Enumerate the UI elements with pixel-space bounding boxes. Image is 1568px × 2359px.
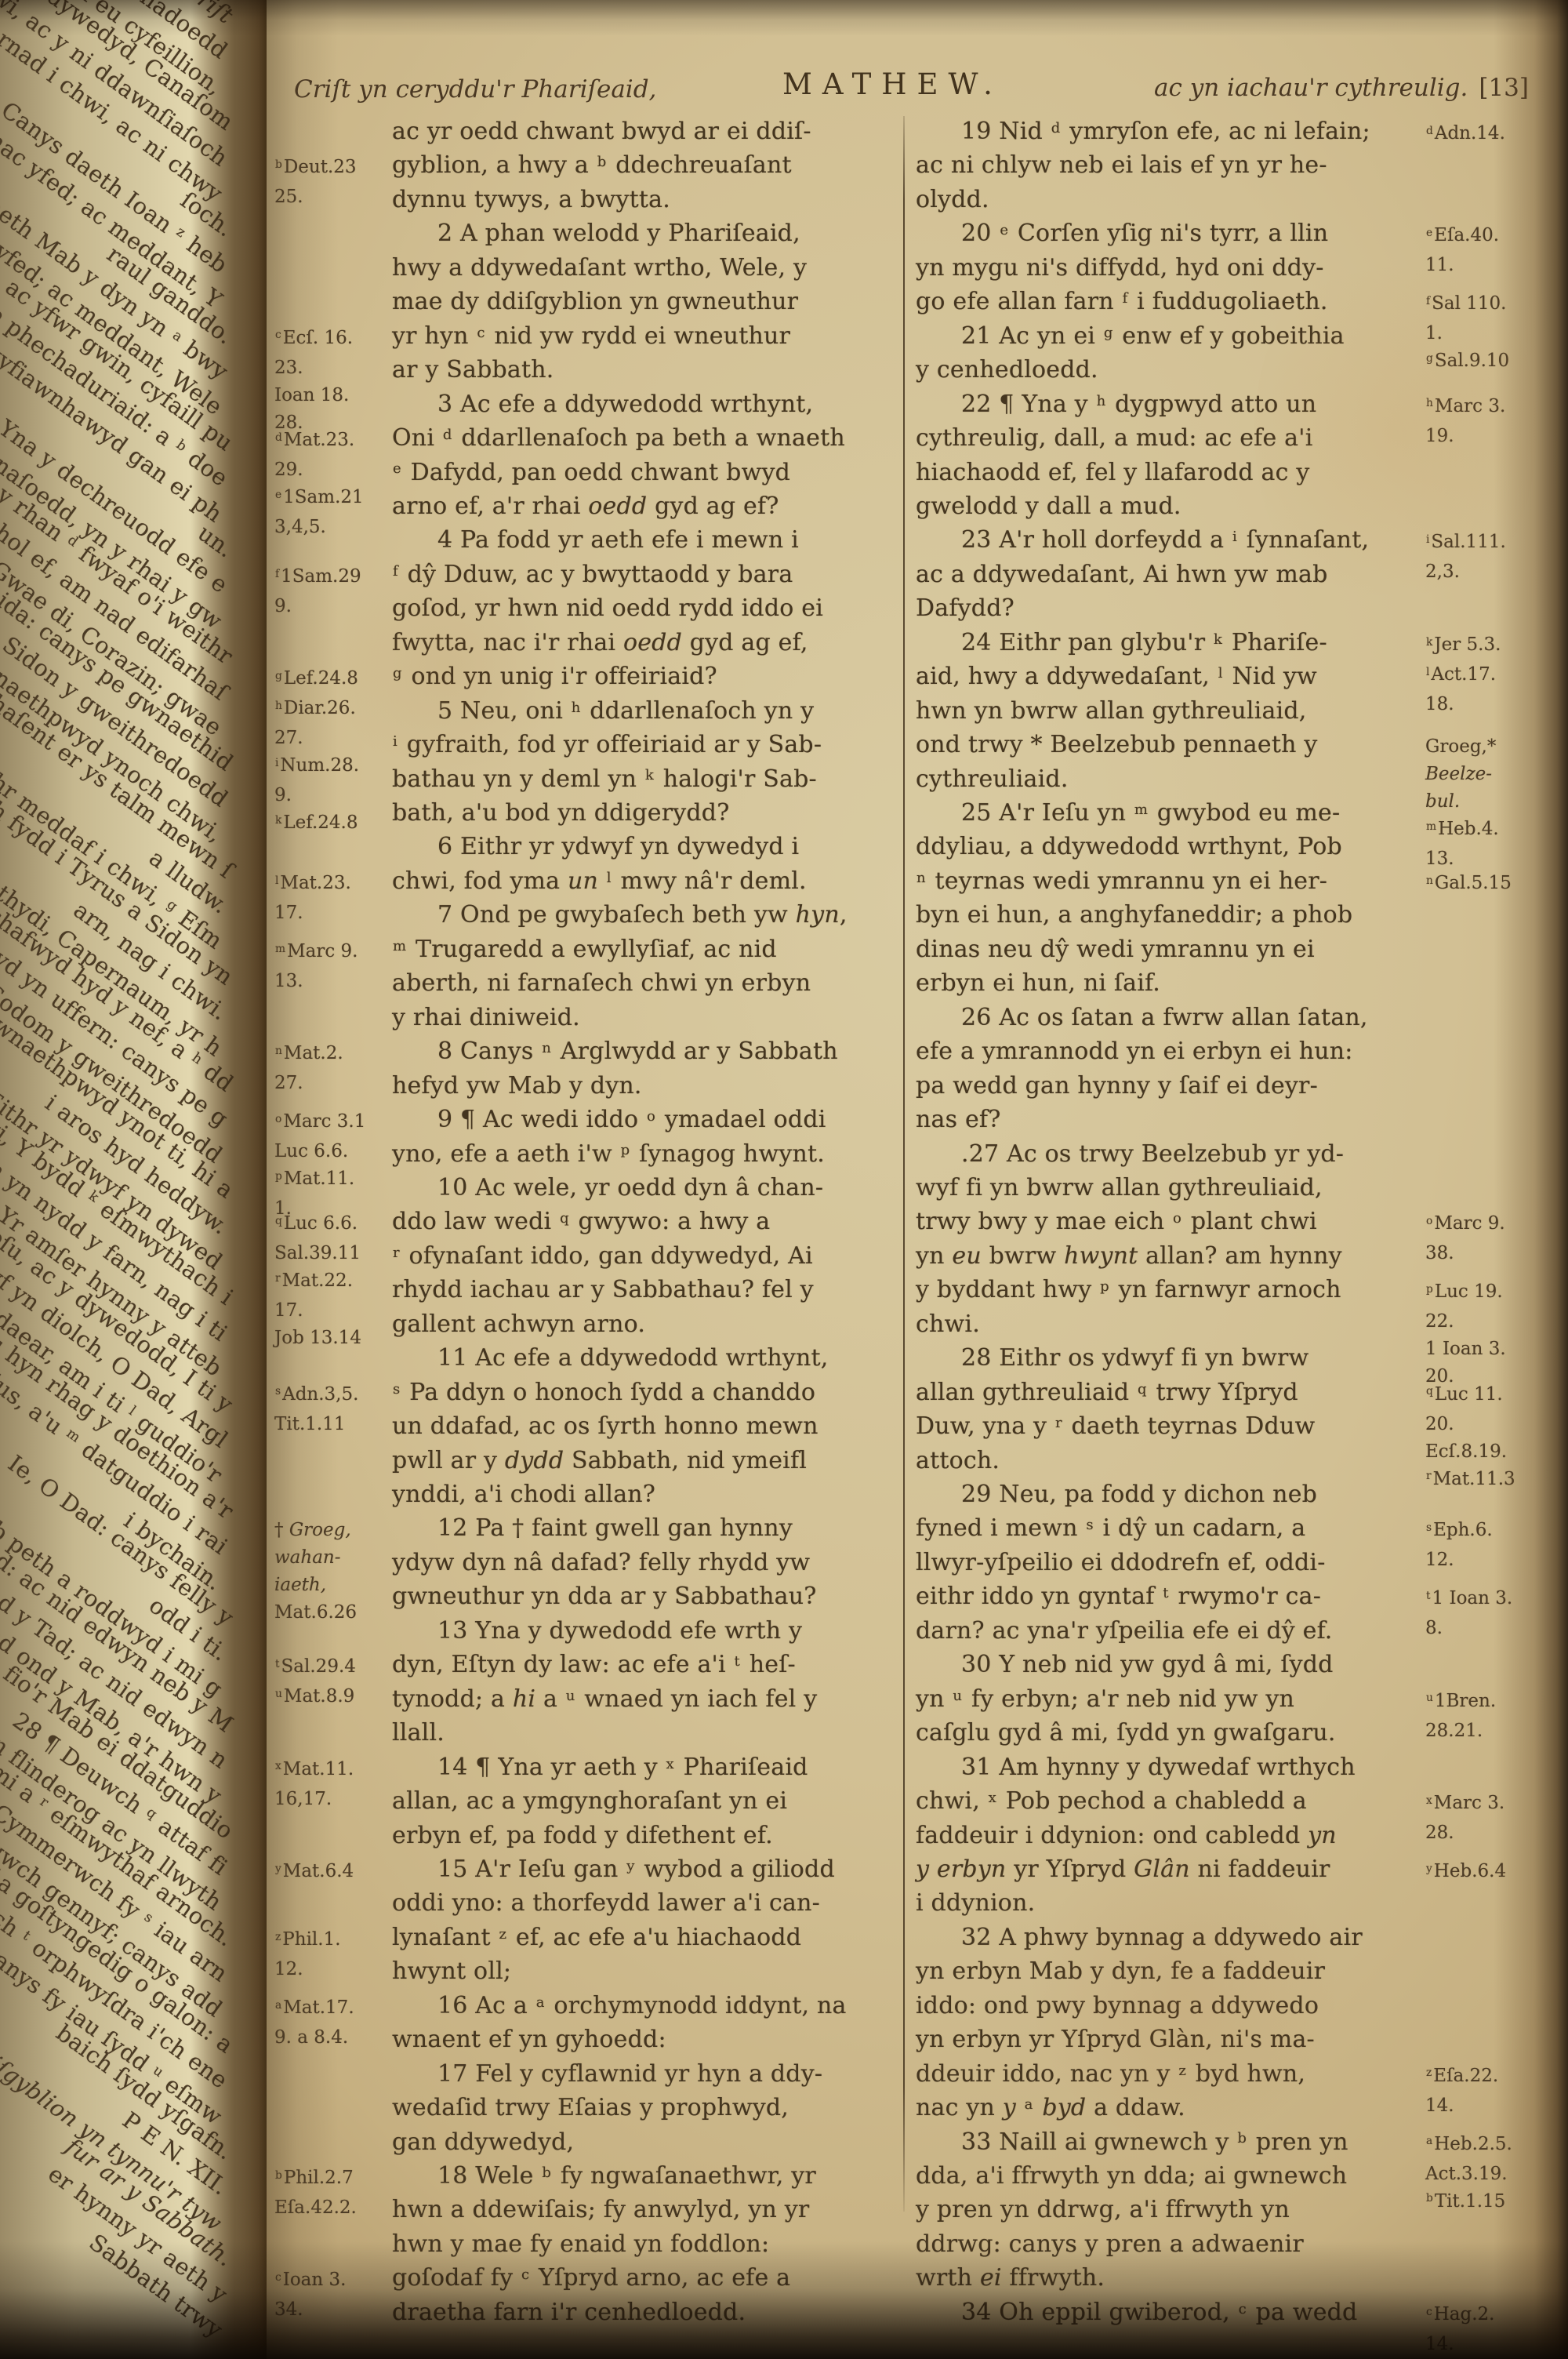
verse-text: goſod, yr hwn nid oedd rydd iddo ei: [392, 594, 823, 622]
text-line: ynddi, a'i chodi allan?: [274, 1481, 902, 1515]
text-line: 21 Ac yn ei g enw ef y gobeithia: [916, 322, 1563, 357]
text-line: 32 A phwy bynnag a ddywedo air: [916, 1924, 1563, 1958]
text-line: chwi.: [916, 1310, 1563, 1345]
text-line: g ond yn unig i'r offeiriaid?gLef.24.8hD…: [274, 663, 902, 697]
text-line: lynaſant z ef, ac efe a'u hiachaoddzPhil…: [274, 1924, 902, 1958]
text-line: 5 Neu, oni h ddarllenaſoch yn y: [274, 697, 902, 732]
verse-text: wyf fi yn bwrw allan gythreuliaid,: [916, 1174, 1323, 1201]
page-right-edge-shadow: [1494, 0, 1568, 2359]
text-line: dynnu tywys, a bwytta.: [274, 186, 902, 220]
text-line: 7 Ond pe gwybaſech beth yw hyn,: [274, 901, 902, 936]
text-line: 19 Nid d ymryſon efe, ac ni lefain;dAdn.…: [916, 118, 1563, 152]
text-line: i gyfraith, fod yr offeiriaid ar y Sab-: [274, 731, 902, 765]
text-line: wedaſid trwy Eſaias y prophwyd,: [274, 2094, 902, 2128]
verse-text: ynddi, a'i chodi allan?: [392, 1481, 655, 1508]
text-line: yn erbyn yr Yſpryd Glàn, ni's ma-: [916, 2026, 1563, 2060]
verse-text: y erbyn yr Yſpryd Glân ni faddeuir: [916, 1856, 1330, 1883]
verse-text: i ddynion.: [916, 1889, 1035, 1917]
text-line: ddyliau, a ddywedodd wrthynt, Pob: [916, 833, 1563, 867]
text-line: 2 A phan welodd y Phariſeaid,: [274, 220, 902, 254]
verse-text: gallent achwyn arno.: [392, 1310, 645, 1338]
text-line: 26 Ac os ſatan a fwrw allan ſatan,: [916, 1004, 1563, 1038]
text-line: yn eu bwrw hwynt allan? am hynny: [916, 1242, 1563, 1277]
verse-text: y byddant hwy p yn farnwyr arnoch: [916, 1276, 1341, 1303]
text-line: y pren yn ddrwg, a'i ffrwyth yn: [916, 2196, 1563, 2230]
text-line: Oni d ddarllenaſoch pa beth a wnaethdMat…: [274, 424, 902, 459]
verse-text: cythreuliaid.: [916, 765, 1069, 793]
text-line: yn u fy erbyn; a'r neb nid yw ynu1Bren.2…: [916, 1685, 1563, 1720]
book-page-photo: Tyſtiolaeth Criſtyn eiſtedd yn y marchna…: [0, 0, 1568, 2359]
text-line: wyf fi yn bwrw allan gythreuliaid,: [916, 1174, 1563, 1209]
verse-text: wnaent ef yn gyhoedd:: [392, 2026, 666, 2053]
verse-text: dinas neu dŷ wedi ymrannu yn ei: [916, 936, 1315, 963]
verse-text: y rhai diniweid.: [392, 1004, 580, 1031]
text-line: iddo: ond pwy bynnag a ddywedo: [916, 1992, 1563, 2026]
text-line: Duw, yna y r daeth teyrnas Dduw: [916, 1412, 1563, 1447]
verse-text: 15 A'r Ieſu gan y wybod a giliodd: [437, 1856, 835, 1883]
text-line: 6 Eithr yr ydwyf yn dywedyd i: [274, 833, 902, 867]
verse-text: oddi yno: a thorfeydd lawer a'i can-: [392, 1889, 820, 1917]
verse-text: hwn a ddewiſais; fy anwylyd, yn yr: [392, 2196, 809, 2223]
text-line: ac a ddywedaſant, Ai hwn yw mab: [916, 561, 1563, 595]
verse-text: llall.: [392, 1719, 445, 1747]
margin-note: yMat.6.4: [274, 1858, 389, 1888]
verse-text: .27 Ac os trwy Beelzebub yr yd-: [961, 1140, 1344, 1168]
text-line: bath, a'u bod yn ddigerydd?: [274, 799, 902, 834]
verse-text: efe a ymrannodd yn ei erbyn ei hun:: [916, 1038, 1353, 1065]
verse-text: 30 Y neb nid yw gyd â mi, ſydd: [961, 1651, 1334, 1678]
verse-text: attoch.: [916, 1447, 1000, 1474]
text-line: s Pa ddyn o honoch ſydd a chanddosAdn.3,…: [274, 1379, 902, 1413]
running-header-right-text: ac yn iachau'r cythreulig.: [1154, 74, 1468, 102]
text-line: yr hyn c nid yw rydd ei wneuthurcEcſ. 16…: [274, 322, 902, 357]
verse-text: 9 ¶ Ac wedi iddo o ymadael oddi: [437, 1106, 826, 1133]
verse-text: ac ni chlyw neb ei lais ef yn yr he-: [916, 151, 1327, 179]
verse-text: dyn, Eſtyn dy law: ac efe a'i t heſ-: [392, 1651, 796, 1678]
verse-text: yn u fy erbyn; a'r neb nid yw yn: [916, 1685, 1294, 1713]
text-line: .27 Ac os trwy Beelzebub yr yd-: [916, 1140, 1563, 1175]
verse-text: 22 ¶ Yna y h dygpwyd atto un: [961, 391, 1316, 418]
verse-text: fyned i mewn s i dŷ un cadarn, a: [916, 1514, 1305, 1542]
text-line: aberth, ni farnaſech chwi yn erbyn: [274, 969, 902, 1004]
text-line: y rhai diniweid.: [274, 1004, 902, 1038]
verse-text: allan, ac a ymgynghoraſant yn ei: [392, 1787, 787, 1815]
verse-text: bathau yn y deml yn k halogi'r Sab-: [392, 765, 817, 793]
text-line: 10 Ac wele, yr oedd dyn â chan-: [274, 1174, 902, 1209]
text-line: y erbyn yr Yſpryd Glân ni faddeuiryHeb.6…: [916, 1856, 1563, 1890]
text-line: un ddafad, ac os ſyrth honno mewn: [274, 1412, 902, 1447]
verse-text: allan gythreuliaid q trwy Yſpryd: [916, 1379, 1298, 1406]
verse-text: yno, efe a aeth i'w p ſynagog hwynt.: [392, 1140, 825, 1168]
verse-text: i gyfraith, fod yr offeiriaid ar y Sab-: [392, 731, 822, 758]
text-line: ac ni chlyw neb ei lais ef yn yr he-: [916, 151, 1563, 186]
text-line: hwn a ddewiſais; fy anwylyd, yn yr: [274, 2196, 902, 2230]
verse-text: pwll ar y dydd Sabbath, nid ymeifl: [392, 1447, 807, 1474]
text-line: gyblion, a hwy a b ddechreuaſantbDeut.23…: [274, 151, 902, 186]
verse-text: 23 A'r holl dorfeydd a i ſynnaſant,: [961, 526, 1369, 554]
verse-text: fwytta, nac i'r rhai oedd gyd ag ef,: [392, 629, 808, 656]
text-line: trwy bwy y mae eich o plant chwioMarc 9.…: [916, 1208, 1563, 1242]
verse-text: trwy bwy y mae eich o plant chwi: [916, 1208, 1317, 1235]
verse-text: y cenhedloedd.: [916, 356, 1098, 383]
text-line: f dŷ Dduw, ac y bwyttaodd y baraf1Sam.29…: [274, 561, 902, 595]
verse-text: 28 Eithr os ydwyf fi yn bwrw: [961, 1344, 1308, 1372]
text-line: ond trwy * Beelzebub pennaeth y Groeg,*B…: [916, 731, 1563, 765]
verse-text: ddyliau, a ddywedodd wrthynt, Pob: [916, 833, 1342, 860]
verse-text: 2 A phan welodd y Phariſeaid,: [437, 220, 800, 247]
running-header-left: Criſt yn ceryddu'r Phariſeaid,: [294, 75, 656, 104]
text-line: nas ef?: [916, 1106, 1563, 1140]
text-line: 30 Y neb nid yw gyd â mi, ſydd: [916, 1651, 1563, 1685]
verse-text: un ddafad, ac os ſyrth honno mewn: [392, 1412, 818, 1440]
verse-text: r ofynaſant iddo, gan ddywedyd, Ai: [392, 1242, 813, 1270]
text-line: pa wedd gan hynny y ſaif ei deyr-: [916, 1072, 1563, 1107]
verse-text: ydyw dyn nâ dafad? felly rhydd yw: [392, 1549, 810, 1576]
text-line: gwneuthur yn dda ar y Sabbathau?: [274, 1583, 902, 1617]
verse-text: gwelodd y dall a mud.: [916, 493, 1181, 520]
verse-text: hiachaodd ef, fel y llafarodd ac y: [916, 459, 1310, 486]
left-text-column: ac yr oedd chwant bwyd ar ei ddiſ-gyblio…: [274, 118, 902, 2342]
text-line: n teyrnas wedi ymrannu yn ei her-nGal.5.…: [916, 867, 1563, 902]
text-line: 15 A'r Ieſu gan y wybod a gilioddyMat.6.…: [274, 1856, 902, 1890]
text-line: 8 Canys n Arglwydd ar y SabbathnMat.2.27…: [274, 1038, 902, 1072]
verse-text: cythreulig, dall, a mud: ac efe a'i: [916, 424, 1313, 452]
verse-text: nac yn y a byd a ddaw.: [916, 2094, 1185, 2121]
text-line: dyn, Eſtyn dy law: ac efe a'i t heſ-tSal…: [274, 1651, 902, 1685]
verse-text: 8 Canys n Arglwydd ar y Sabbath: [437, 1038, 838, 1065]
verse-text: ac a ddywedaſant, Ai hwn yw mab: [916, 561, 1328, 588]
text-line: 17 Fel y cyflawnid yr hyn a ddy-: [274, 2060, 902, 2095]
verse-text: 10 Ac wele, yr oedd dyn â chan-: [437, 1174, 823, 1201]
top-edge-shadow: [0, 0, 1568, 36]
verse-text: yn erbyn Mab y dyn, fe a faddeuir: [916, 1957, 1325, 1985]
text-line: 4 Pa fodd yr aeth efe i mewn i: [274, 526, 902, 561]
text-line: 14 ¶ Yna yr aeth y x PhariſeaidxMat.11.1…: [274, 1754, 902, 1788]
verse-text: wedaſid trwy Eſaias y prophwyd,: [392, 2094, 789, 2121]
text-line: fwytta, nac i'r rhai oedd gyd ag ef,: [274, 629, 902, 663]
text-line: 11 Ac efe a ddywedodd wrthynt,: [274, 1344, 902, 1379]
verse-text: 32 A phwy bynnag a ddywedo air: [961, 1924, 1363, 1951]
verse-text: n teyrnas wedi ymrannu yn ei her-: [916, 867, 1327, 895]
text-line: 31 Am hynny y dywedaf wrthych: [916, 1754, 1563, 1788]
verse-text: 20 e Corſen yſig ni's tyrr, a llin: [961, 220, 1328, 247]
text-line: hwn yn bwrw allan gythreuliaid,: [916, 697, 1563, 732]
verse-text: 33 Naill ai gwnewch y b pren yn: [961, 2128, 1348, 2156]
verse-text: hwynt oll;: [392, 1957, 511, 1985]
verse-text: 21 Ac yn ei g enw ef y gobeithia: [961, 322, 1345, 350]
text-line: ddeuir iddo, nac yn y z byd hwn,zEſa.22.…: [916, 2060, 1563, 2095]
text-line: e Dafydd, pan oedd chwant bwyd: [274, 459, 902, 493]
text-line: tynodd; a hi a u wnaed yn iach fel y: [274, 1685, 902, 1720]
verse-text: yn mygu ni's diffydd, hyd oni ddy-: [916, 254, 1324, 282]
text-line: 12 Pa † faint gwell gan hynny† Groeg,wah…: [274, 1514, 902, 1549]
verse-text: s Pa ddyn o honoch ſydd a chanddo: [392, 1379, 815, 1406]
verse-text: yn eu bwrw hwynt allan? am hynny: [916, 1242, 1342, 1270]
verse-text: tynodd; a hi a u wnaed yn iach fel y: [392, 1685, 817, 1713]
verse-text: 4 Pa fodd yr aeth efe i mewn i: [437, 526, 799, 554]
verse-text: 18 Wele b fy ngwaſanaethwr, yr: [437, 2162, 816, 2190]
verse-text: 25 A'r Ieſu yn m gwybod eu me-: [961, 799, 1340, 827]
verse-text: erbyn ei hun, ni ſaif.: [916, 969, 1160, 997]
text-line: 3 Ac efe a ddywedodd wrthynt,: [274, 391, 902, 425]
verse-text: 26 Ac os ſatan a fwrw allan ſatan,: [961, 1004, 1368, 1031]
text-line: wnaent ef yn gyhoedd:: [274, 2026, 902, 2060]
text-line: aid, hwy a ddywedaſant, l Nid yw: [916, 663, 1563, 697]
verse-text: faddeuir i ddynion: ond cabledd yn: [916, 1822, 1337, 1849]
text-line: fyned i mewn s i dŷ un cadarn, asEph.6.1…: [916, 1514, 1563, 1549]
verse-text: Dafydd?: [916, 594, 1014, 622]
verse-text: ac yr oedd chwant bwyd ar ei ddiſ-: [392, 118, 811, 145]
verse-text: y pren yn ddrwg, a'i ffrwyth yn: [916, 2196, 1290, 2223]
verse-text: dynnu tywys, a bwytta.: [392, 186, 670, 213]
text-line: yno, efe a aeth i'w p ſynagog hwynt.: [274, 1140, 902, 1175]
verse-text: aid, hwy a ddywedaſant, l Nid yw: [916, 663, 1317, 690]
verse-text: 14 ¶ Yna yr aeth y x Phariſeaid: [437, 1754, 808, 1781]
verse-text: 11 Ac efe a ddywedodd wrthynt,: [437, 1344, 829, 1372]
text-line: caſglu gyd â mi, ſydd yn gwaſgaru.: [916, 1719, 1563, 1754]
text-line: gwelodd y dall a mud.: [916, 493, 1563, 527]
verse-text: hefyd yw Mab y dyn.: [392, 1072, 642, 1100]
text-line: hwy a ddywedaſant wrtho, Wele, y: [274, 254, 902, 289]
text-line: 16 Ac a a orchymynodd iddynt, naaMat.17.…: [274, 1992, 902, 2026]
text-line: byn ei hun, a anghyfaneddir; a phob: [916, 901, 1563, 936]
verse-text: 19 Nid d ymryſon efe, ac ni lefain;: [961, 118, 1370, 145]
verse-text: bath, a'u bod yn ddigerydd?: [392, 799, 729, 827]
verse-text: chwi, x Pob pechod a chabledd a: [916, 1787, 1307, 1815]
text-line: 24 Eithr pan glybu'r k Phariſe-kJer 5.3.…: [916, 629, 1563, 663]
text-line: olydd.: [916, 186, 1563, 220]
running-header-right: ac yn iachau'r cythreulig.[13]: [994, 74, 1529, 102]
verse-text: ar y Sabbath.: [392, 356, 554, 383]
verse-text: 6 Eithr yr ydwyf yn dywedyd i: [437, 833, 799, 860]
verse-text: Duw, yna y r daeth teyrnas Dduw: [916, 1412, 1315, 1440]
verse-text: f dŷ Dduw, ac y bwyttaodd y bara: [392, 561, 793, 588]
verse-text: hwn yn bwrw allan gythreuliaid,: [916, 697, 1306, 725]
verse-text: yn erbyn yr Yſpryd Glàn, ni's ma-: [916, 2026, 1315, 2053]
verse-text: byn ei hun, a anghyfaneddir; a phob: [916, 901, 1352, 929]
text-line: llwyr-yſpeilio ei ddodrefn ef, oddi-: [916, 1549, 1563, 1583]
verse-text: llwyr-yſpeilio ei ddodrefn ef, oddi-: [916, 1549, 1326, 1576]
text-line: 18 Wele b fy ngwaſanaethwr, yrbPhil.2.7E…: [274, 2162, 902, 2197]
text-line: llall.: [274, 1719, 902, 1754]
verse-text: chwi.: [916, 1310, 980, 1338]
text-line: 20 e Corſen yſig ni's tyrr, a llineEſa.4…: [916, 220, 1563, 254]
verse-text: 24 Eithr pan glybu'r k Phariſe-: [961, 629, 1327, 656]
text-line: hwynt oll;: [274, 1957, 902, 1992]
text-line: cythreulig, dall, a mud: ac efe a'i: [916, 424, 1563, 459]
text-line: dda, a'i ffrwyth yn dda; ai gwnewch: [916, 2162, 1563, 2197]
verse-text: 3 Ac efe a ddywedodd wrthynt,: [437, 391, 813, 418]
text-line: nac yn y a byd a ddaw.: [916, 2094, 1563, 2128]
text-line: erbyn ef, pa fodd y difethent ef.: [274, 1822, 902, 1856]
text-line: allan, ac a ymgynghoraſant yn ei: [274, 1787, 902, 1822]
verse-text: arno ef, a'r rhai oedd gyd ag ef?: [392, 493, 779, 520]
text-line: y cenhedloedd.: [916, 356, 1563, 391]
text-line: y byddant hwy p yn farnwyr arnochpLuc 19…: [916, 1276, 1563, 1310]
verse-text: e Dafydd, pan oedd chwant bwyd: [392, 459, 790, 486]
text-line: gallent achwyn arno.: [274, 1310, 902, 1345]
right-text-column: 19 Nid d ymryſon efe, ac ni lefain;dAdn.…: [916, 118, 1563, 2342]
verse-text: erbyn ef, pa fodd y difethent ef.: [392, 1822, 773, 1849]
verse-text: lynaſant z ef, ac efe a'u hiachaodd: [392, 1924, 801, 1951]
verse-text: Oni d ddarllenaſoch pa beth a wnaeth: [392, 424, 845, 452]
text-line: m Trugaredd a ewyllyſiaf, ac nidmMarc 9.…: [274, 936, 902, 970]
text-line: efe a ymrannodd yn ei erbyn ei hun:: [916, 1038, 1563, 1072]
verse-text: ddo law wedi q gwywo: a hwy a: [392, 1208, 770, 1235]
text-line: hefyd yw Mab y dyn.: [274, 1072, 902, 1107]
verse-text: 12 Pa † faint gwell gan hynny: [437, 1514, 793, 1542]
verse-text: 17 Fel y cyflawnid yr hyn a ddy-: [437, 2060, 822, 2088]
verse-text: dda, a'i ffrwyth yn dda; ai gwnewch: [916, 2162, 1347, 2190]
text-line: goſod, yr hwn nid oedd rydd iddo ei: [274, 594, 902, 629]
text-line: ac yr oedd chwant bwyd ar ei ddiſ-: [274, 118, 902, 152]
text-line: cythreuliaid.: [916, 765, 1563, 800]
verse-text: 16 Ac a a orchymynodd iddynt, na: [437, 1992, 847, 2019]
text-line: oddi yno: a thorfeydd lawer a'i can-: [274, 1889, 902, 1924]
verse-text: ddeuir iddo, nac yn y z byd hwn,: [916, 2060, 1305, 2088]
verse-text: go efe allan farn f i fuddugoliaeth.: [916, 288, 1328, 315]
verse-text: rhydd iachau ar y Sabbathau? fel y: [392, 1276, 814, 1303]
verse-text: g ond yn unig i'r offeiriaid?: [392, 663, 717, 690]
text-line: hiachaodd ef, fel y llafarodd ac y: [916, 459, 1563, 493]
text-line: 23 A'r holl dorfeydd a i ſynnaſant,iSal.…: [916, 526, 1563, 561]
verse-text: mae dy ddiſgyblion yn gwneuthur: [392, 288, 798, 315]
text-line: 29 Neu, pa fodd y dichon neb: [916, 1481, 1563, 1515]
verse-text: 7 Ond pe gwybaſech beth yw hyn,: [437, 901, 848, 929]
text-line: gan ddywedyd,: [274, 2128, 902, 2163]
text-line: yn mygu ni's diffydd, hyd oni ddy-: [916, 254, 1563, 289]
text-line: dinas neu dŷ wedi ymrannu yn ei: [916, 936, 1563, 970]
verse-text: 29 Neu, pa fodd y dichon neb: [961, 1481, 1317, 1508]
verse-text: gwneuthur yn dda ar y Sabbathau?: [392, 1583, 817, 1610]
verse-text: ond trwy * Beelzebub pennaeth y: [916, 731, 1318, 758]
text-line: ydyw dyn nâ dafad? felly rhydd yw: [274, 1549, 902, 1583]
text-line: 13 Yna y dywedodd efe wrth y: [274, 1617, 902, 1652]
verse-text: iddo: ond pwy bynnag a ddywedo: [916, 1992, 1319, 2019]
text-line: yn erbyn Mab y dyn, fe a faddeuir: [916, 1957, 1563, 1992]
text-line: r ofynaſant iddo, gan ddywedyd, Ai: [274, 1242, 902, 1277]
text-line: go efe allan farn f i fuddugoliaeth.fSal…: [916, 288, 1563, 322]
verse-text: hwy a ddywedaſant wrtho, Wele, y: [392, 254, 807, 282]
verse-text: pa wedd gan hynny y ſaif ei deyr-: [916, 1072, 1318, 1100]
verse-text: 31 Am hynny y dywedaf wrthych: [961, 1754, 1356, 1781]
verse-text: gyblion, a hwy a b ddechreuaſant: [392, 151, 792, 179]
verse-text: olydd.: [916, 186, 989, 213]
verse-text: caſglu gyd â mi, ſydd yn gwaſgaru.: [916, 1719, 1336, 1747]
text-line: pwll ar y dydd Sabbath, nid ymeifl: [274, 1447, 902, 1481]
verse-text: chwi, fod yma un l mwy nâ'r deml.: [392, 867, 807, 895]
verse-text: nas ef?: [916, 1106, 1000, 1133]
text-line: darn? ac yna'r yſpeilia efe ei dŷ ef.: [916, 1617, 1563, 1652]
text-line: chwi, fod yma un l mwy nâ'r deml.lMat.23…: [274, 867, 902, 902]
text-line: chwi, x Pob pechod a chabledd axMarc 3.2…: [916, 1787, 1563, 1822]
verse-text: 5 Neu, oni h ddarllenaſoch yn y: [437, 697, 814, 725]
text-line: arno ef, a'r rhai oedd gyd ag ef?: [274, 493, 902, 527]
text-line: 22 ¶ Yna y h dygpwyd atto unhMarc 3.19.: [916, 391, 1563, 425]
text-line: 25 A'r Ieſu yn m gwybod eu me-: [916, 799, 1563, 834]
verse-text: yr hyn c nid yw rydd ei wneuthur: [392, 322, 790, 350]
text-line: 33 Naill ai gwnewch y b pren ynaHeb.2.5.…: [916, 2128, 1563, 2163]
text-line: eithr iddo yn gyntaf t rwymo'r ca-t1 Ioa…: [916, 1583, 1563, 1617]
text-line: ar y Sabbath.: [274, 356, 902, 391]
column-divider-rule: [903, 116, 905, 2212]
verse-text: 13 Yna y dywedodd efe wrth y: [437, 1617, 802, 1645]
book-title: MATHEW.: [782, 67, 1003, 101]
text-line: bathau yn y deml yn k halogi'r Sab-: [274, 765, 902, 800]
text-line: rhydd iachau ar y Sabbathau? fel y: [274, 1276, 902, 1310]
verse-text: darn? ac yna'r yſpeilia efe ei dŷ ef.: [916, 1617, 1333, 1645]
text-line: ddo law wedi q gwywo: a hwy aqLuc 6.6.Sa…: [274, 1208, 902, 1242]
text-line: allan gythreuliaid q trwy YſprydqLuc 11.…: [916, 1379, 1563, 1413]
text-line: erbyn ei hun, ni ſaif.: [916, 969, 1563, 1004]
verse-text: m Trugaredd a ewyllyſiaf, ac nid: [392, 936, 777, 963]
text-line: Dafydd?: [916, 594, 1563, 629]
verse-text: aberth, ni farnaſech chwi yn erbyn: [392, 969, 811, 997]
text-line: 28 Eithr os ydwyf fi yn bwrw: [916, 1344, 1563, 1379]
verse-text: gan ddywedyd,: [392, 2128, 574, 2156]
text-line: faddeuir i ddynion: ond cabledd yn: [916, 1822, 1563, 1856]
text-line: 9 ¶ Ac wedi iddo o ymadael oddioMarc 3.1…: [274, 1106, 902, 1140]
text-line: attoch.: [916, 1447, 1563, 1481]
verse-text: eithr iddo yn gyntaf t rwymo'r ca-: [916, 1583, 1321, 1610]
bottom-edge-shadow: [0, 2241, 1568, 2359]
text-line: i ddynion.: [916, 1889, 1563, 1924]
text-line: mae dy ddiſgyblion yn gwneuthur: [274, 288, 902, 322]
